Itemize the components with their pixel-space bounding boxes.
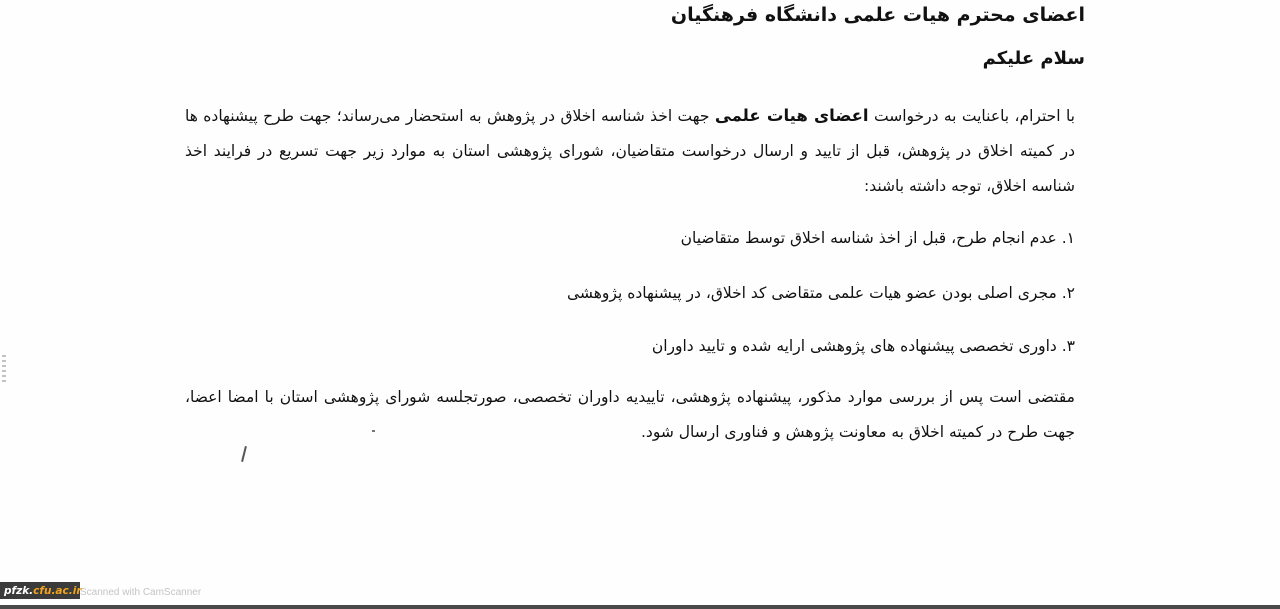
scan-speck	[372, 430, 375, 432]
list-item-number: ۱.	[1062, 229, 1075, 247]
intro-paragraph: با احترام، باعنایت به درخواست اعضای هیات…	[185, 98, 1075, 204]
intro-bold-phrase: اعضای هیات علمی	[715, 106, 869, 125]
letter-addressee-title: اعضای محترم هیات علمی دانشگاه فرهنگیان	[671, 4, 1085, 26]
list-item: ۱. عدم انجام طرح، قبل از اخذ شناسه اخلاق…	[681, 229, 1075, 247]
closing-paragraph: مقتضی است پس از بررسی موارد مذکور، پیشنه…	[185, 380, 1075, 450]
list-item: ۲. مجری اصلی بودن عضو هیات علمی متقاضی ک…	[567, 284, 1075, 302]
list-item-text: داوری تخصصی پیشنهاده های پژوهشی ارایه شد…	[652, 337, 1057, 355]
letter-greeting: سلام علیکم	[983, 48, 1085, 69]
site-watermark-domain: cfu.ac.ir	[33, 585, 81, 597]
list-item-number: ۳.	[1062, 337, 1075, 355]
scanned-document-page: اعضای محترم هیات علمی دانشگاه فرهنگیان س…	[0, 0, 1280, 605]
list-item-text: عدم انجام طرح، قبل از اخذ شناسه اخلاق تو…	[681, 229, 1057, 247]
bottom-border-bar	[0, 605, 1280, 609]
list-item-number: ۲.	[1062, 284, 1075, 302]
list-item-text: مجری اصلی بودن عضو هیات علمی متقاضی کد ا…	[567, 284, 1057, 302]
site-watermark-prefix: pfzk.	[4, 585, 33, 597]
camscanner-watermark: Scanned with CamScanner	[80, 587, 201, 598]
scan-edge-specks	[2, 355, 6, 385]
intro-text-start: با احترام، باعنایت به درخواست	[869, 107, 1075, 125]
list-item: ۳. داوری تخصصی پیشنهاده های پژوهشی ارایه…	[652, 337, 1075, 355]
site-watermark-badge: pfzk.cfu.ac.ir	[0, 582, 80, 599]
